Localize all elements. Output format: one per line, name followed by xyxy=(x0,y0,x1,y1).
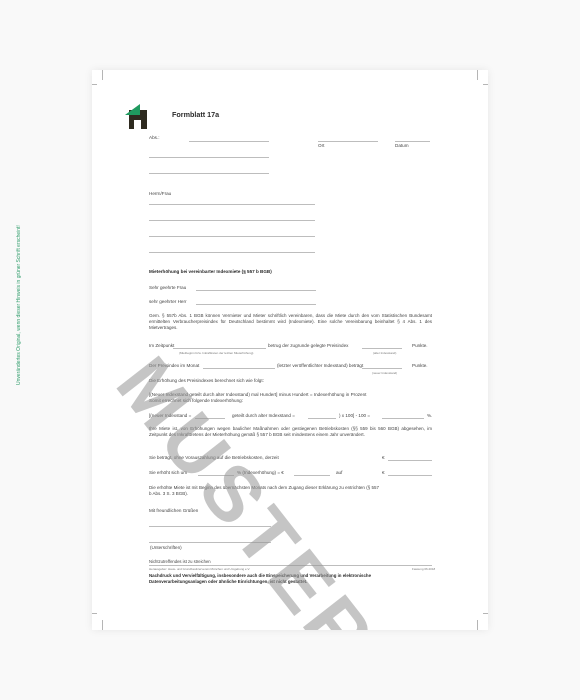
greeting-female-field[interactable] xyxy=(196,290,316,291)
euro-sign: € xyxy=(382,455,385,461)
new-index-hint: (neuer Indexstand) xyxy=(372,371,397,375)
date-field[interactable] xyxy=(395,141,430,142)
old-index-hint: (alter Indexstand) xyxy=(373,351,396,355)
crop-mark xyxy=(483,84,488,85)
signature-field-1[interactable] xyxy=(149,526,271,527)
strike-note: Nichtzutreffendes ist zu streichen xyxy=(149,559,211,565)
crop-mark xyxy=(477,70,478,80)
increase-amount-field[interactable] xyxy=(294,475,330,476)
index-month-field[interactable] xyxy=(203,368,275,369)
calc-new-label: [(neuer Indexstand = xyxy=(149,413,191,419)
point-in-time-label: Im Zeitpunkt xyxy=(149,343,174,349)
signature-field-2[interactable] xyxy=(149,542,271,543)
calc-intro: Die Erhöhung des Preisindexes berechnet … xyxy=(149,378,264,384)
current-rent-field[interactable] xyxy=(388,460,432,461)
greeting-male-field[interactable] xyxy=(196,304,316,305)
calc-result-field[interactable] xyxy=(382,418,424,419)
calc-mult-label: ) x 100] - 100 = xyxy=(339,413,370,419)
point-in-time-mid: betrug der zugrunde gelegte Preisindex xyxy=(268,343,348,349)
index-month-label: Der Preisindex im Monat xyxy=(149,363,199,369)
points-label-2: Punkte. xyxy=(412,363,428,369)
side-note: Unverändertes Original, wenn dieser Hinw… xyxy=(16,225,22,385)
place-field[interactable] xyxy=(318,141,378,142)
new-index-field[interactable] xyxy=(362,368,402,369)
current-rent-label: Sie beträgt, ohne Vorauszahlung auf die … xyxy=(149,455,279,461)
euro-sign-2: € xyxy=(382,470,385,476)
formula-line-1: [(Neuer Indexstand geteilt durch alter I… xyxy=(149,392,366,398)
sender-field[interactable] xyxy=(189,141,269,142)
point-in-time-hint: (Mietbeginn bzw. Inkrafttreten der letzt… xyxy=(179,351,253,355)
form-title: Formblatt 17a xyxy=(172,110,219,119)
place-label: Ort xyxy=(318,143,324,149)
calc-old-field[interactable] xyxy=(308,418,336,419)
recipient-field-3[interactable] xyxy=(149,236,315,237)
calc-div-label: geteilt durch alter Indexstand = xyxy=(232,413,295,419)
index-month-mid: (letzter veröffentlichter Indexstand) be… xyxy=(277,363,363,369)
increase-label: Sie erhöht sich um xyxy=(149,470,187,476)
old-index-field[interactable] xyxy=(362,348,402,349)
closing: Mit freundlichen Grüßen xyxy=(149,508,198,514)
increase-mid: % (Indexerhöhung) = € xyxy=(237,470,284,476)
point-in-time-field[interactable] xyxy=(173,348,266,349)
crop-mark xyxy=(477,620,478,630)
crop-mark xyxy=(92,613,97,614)
greeting-male: sehr geehrter Herr xyxy=(149,299,187,305)
calc-new-field[interactable] xyxy=(195,418,225,419)
copyright-notice: Nachdruck und Vervielfältigung, insbeson… xyxy=(149,573,379,584)
recipient-field-2[interactable] xyxy=(149,220,315,221)
sender-city-field[interactable] xyxy=(149,173,269,174)
crop-mark xyxy=(92,84,97,85)
document-page: Formblatt 17a Abs.: Ort Datum Herrn/Frau… xyxy=(92,70,488,630)
crop-mark xyxy=(102,620,103,630)
formula-line-2: Somit errechnet sich folgende Indexerhöh… xyxy=(149,398,243,404)
footer-divider xyxy=(149,565,432,566)
publisher: Herausgeber: Haus- und Grundbesitzervere… xyxy=(149,567,250,571)
due-paragraph: Die erhöhte Miete ist mit Beginn des übe… xyxy=(149,485,379,497)
new-rent-field[interactable] xyxy=(388,475,432,476)
date-label: Datum xyxy=(395,143,409,149)
crop-mark xyxy=(483,613,488,614)
recipient-label: Herrn/Frau xyxy=(149,191,171,197)
recipient-field-1[interactable] xyxy=(149,204,315,205)
sender-address-field[interactable] xyxy=(149,157,269,158)
greeting-female: Sehr geehrte Frau xyxy=(149,285,186,291)
house-logo-icon xyxy=(125,102,149,130)
edition: Fassung 06.2018 xyxy=(412,567,435,571)
increase-to: auf xyxy=(336,470,342,476)
increase-percent-field[interactable] xyxy=(198,475,234,476)
intro-paragraph: Gem. § 557b Abs. 1 BGB können Vermieter … xyxy=(149,313,432,332)
points-label: Punkte. xyxy=(412,343,428,349)
unchanged-paragraph: Ihre Miete ist, von Erhöhungen wegen bau… xyxy=(149,426,432,438)
crop-mark xyxy=(102,70,103,80)
signature-label: (Unterschriften) xyxy=(150,545,182,551)
recipient-field-4[interactable] xyxy=(149,252,315,253)
calc-percent: %. xyxy=(427,413,432,419)
sender-label: Abs.: xyxy=(149,135,159,141)
subject-heading: Mieterhöhung bei vereinbarter Indexmiete… xyxy=(149,269,272,275)
